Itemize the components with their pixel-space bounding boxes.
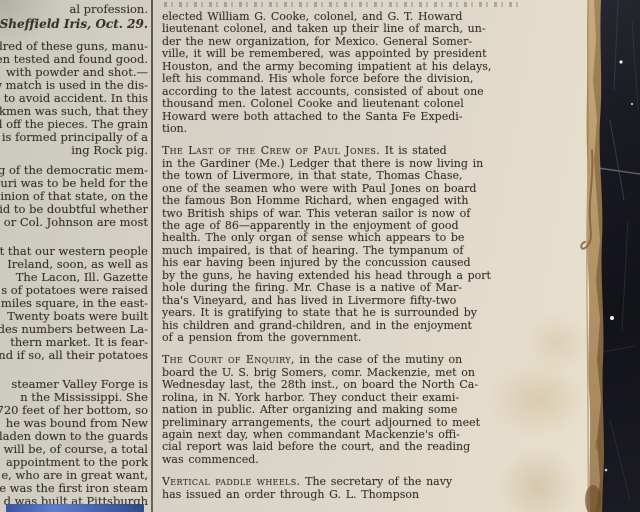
text-line: ouri was to be held for the [0, 176, 150, 189]
text-line: one of the seamen who were with Paul Jon… [162, 182, 528, 194]
column-divider [151, 0, 153, 512]
text-line: nation in public. After organizing and m… [162, 403, 528, 415]
text-line: Houston, and the army becoming impatient… [162, 60, 528, 72]
text-line: was commenced. [162, 453, 528, 465]
text-line: e, who are in great want, [0, 468, 150, 481]
text-line: Howard were both attached to the Santa F… [162, 110, 528, 122]
text-line: een tested and found good. [0, 52, 150, 65]
text-line: al profession. [0, 2, 150, 15]
text-line: is formed principally of a [0, 130, 150, 143]
text-line: The Court of Enquiry, in the case of the… [162, 353, 528, 365]
text-line: rolina, in N. York harbor. They conduct … [162, 391, 528, 403]
text-line: left his command. His whole force before… [162, 72, 528, 84]
right-column: elected William G. Cooke, colonel, and G… [162, 0, 528, 512]
text-line: g of the democratic mem- [0, 163, 150, 176]
text-line: elected William G. Cooke, colonel, and G… [162, 10, 528, 22]
text-line: d off the pieces. The grain [0, 117, 150, 130]
text-line: according to the latest accounts, consis… [162, 85, 528, 97]
text-line: tion. [162, 122, 528, 134]
text-line: by the guns, he having extended his head… [162, 269, 528, 281]
text-line: much impaired, is that of hearing. The t… [162, 244, 528, 256]
text-line: or Col. Johnson are most [0, 215, 150, 228]
text-line: to avoid accident. In this [0, 91, 150, 104]
left-column: al profession.[Sheffield Iris, Oct. 29.d… [0, 0, 150, 512]
paragraph: g of the democratic mem-ouri was to be h… [0, 163, 150, 228]
blue-mark [6, 504, 144, 512]
text-line: steamer Valley Forge is [0, 377, 150, 390]
torn-page-edge [572, 0, 616, 512]
text-line: n the Mississippi. She [0, 390, 150, 403]
text-line: des numbers between La- [0, 322, 150, 335]
text-line: id to be doubtful whether [0, 202, 150, 215]
text-line: [Sheffield Iris, Oct. 29. [0, 17, 150, 30]
text-line: ville, it will be remembered, was appoin… [162, 47, 528, 59]
text-line: and if so, all their potatoes [0, 348, 150, 361]
text-line: again next day, when commandant Mackenzi… [162, 428, 528, 440]
text-line: ing Rock pig. [0, 143, 150, 156]
text-line: years. It is gratifying to state that he… [162, 306, 528, 318]
text-line: he was the first iron steam [0, 481, 150, 494]
paragraph: elected William G. Cooke, colonel, and G… [162, 10, 528, 134]
text-line: nt that our western people [0, 244, 150, 257]
text-line: board the U. S. brig Somers, comr. Macke… [162, 366, 528, 378]
text-line: has issued an order through G. L. Thomps… [162, 488, 528, 500]
text-line: thousand men. Colonel Cooke and lieutena… [162, 97, 528, 109]
text-line: health. The only organ of sense which ap… [162, 231, 528, 243]
article-lead-small-caps: The Court of Enquiry, [162, 353, 295, 366]
text-line: he was bound from New [0, 416, 150, 429]
text-line: s of potatoes were raised [0, 283, 150, 296]
text-line: the town of Livermore, in that state, Th… [162, 169, 528, 181]
text-line: dred of these guns, manu- [0, 39, 150, 52]
text-line: with powder and shot.— [0, 65, 150, 78]
text-line: The Last of the Crew of Paul Jones. It i… [162, 144, 528, 156]
text-line: of a pension from the government. [162, 331, 528, 343]
text-line: Wednesday last, the 28th inst., on board… [162, 378, 528, 390]
text-line: thern market. It is fear- [0, 335, 150, 348]
text-line: Ireland, soon, as well as [0, 257, 150, 270]
clipped-text-line [164, 2, 524, 7]
text-line: in the Gardiner (Me.) Ledger that there … [162, 157, 528, 169]
text-line: 720 feet of her bottom, so [0, 403, 150, 416]
text-line: appointment to the pork [0, 455, 150, 468]
text-line: Vertical paddle wheels. The secretary of… [162, 475, 528, 487]
text-line: the famous Bon Homme Richard, when engag… [162, 194, 528, 206]
text-line: w match is used in the dis- [0, 78, 150, 91]
text-line: r miles square, in the east- [0, 296, 150, 309]
text-line: der the new organization, for Mexico. Ge… [162, 35, 528, 47]
article-lead-small-caps: Vertical paddle wheels. [162, 475, 300, 488]
text-line: preliminary arrangements, the court adjo… [162, 416, 528, 428]
paragraph: dred of these guns, manu-een tested and … [0, 39, 150, 156]
paragraph: steamer Valley Forge isn the Mississippi… [0, 377, 150, 507]
text-line: tha's Vineyard, and has lived in Livermo… [162, 294, 528, 306]
text-line: his children and grand-children, and in … [162, 319, 528, 331]
paragraph: [Sheffield Iris, Oct. 29. [0, 17, 150, 30]
paragraph: Vertical paddle wheels. The secretary of… [162, 475, 528, 500]
text-line: lieutenant colonel, and taken up their l… [162, 22, 528, 34]
text-line: orkmen was such, that they [0, 104, 150, 117]
article-lead-small-caps: The Last of the Crew of Paul Jones. [162, 144, 380, 157]
text-line: his ear having been injured by the concu… [162, 256, 528, 268]
paragraph: al profession. [0, 2, 150, 15]
text-line: two British ships of war. This veteran s… [162, 207, 528, 219]
newspaper-photo: al profession.[Sheffield Iris, Oct. 29.d… [0, 0, 640, 512]
paragraph: The Last of the Crew of Paul Jones. It i… [162, 144, 528, 343]
text-line: hole during the firing. Mr. Chase is a n… [162, 281, 528, 293]
text-line: the age of 86—apparently in the enjoymen… [162, 219, 528, 231]
text-line: laden down to the guards [0, 429, 150, 442]
text-line: will be, of course, a total [0, 442, 150, 455]
text-line: inion of that state, on the [0, 189, 150, 202]
text-line: The Lacon, Ill. Gazette [0, 270, 150, 283]
paragraph: nt that our western peopleIreland, soon,… [0, 244, 150, 361]
paragraph: The Court of Enquiry, in the case of the… [162, 353, 528, 465]
text-line: Twenty boats were built [0, 309, 150, 322]
text-line: cial report was laid before the court, a… [162, 440, 528, 452]
